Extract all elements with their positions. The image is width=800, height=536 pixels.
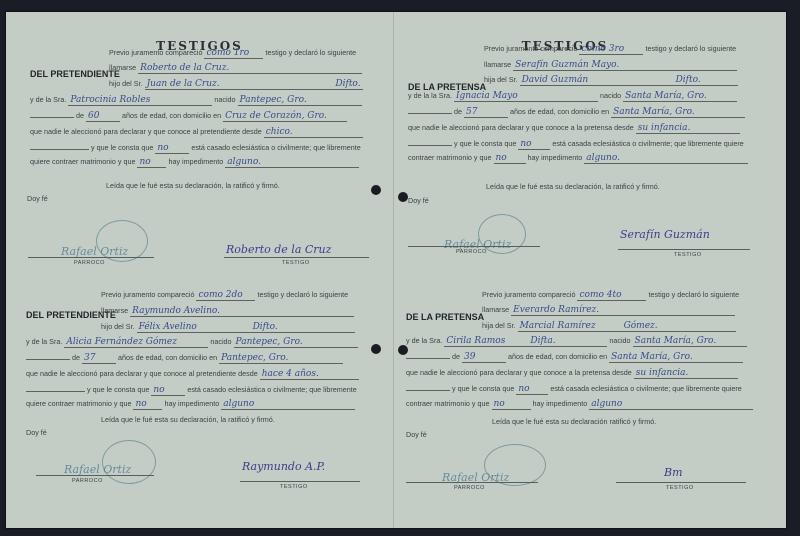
witness-order: como 1ro (204, 48, 263, 59)
leida-text: Leída que le fué esta su declaración rat… (492, 417, 656, 426)
birthplace: Santa María, Gro. (633, 336, 747, 347)
known-since: su infancia. (636, 123, 740, 134)
domicile: Cruz de Corazón, Gro. (223, 111, 347, 122)
right-page: TESTIGOS Previo juramento compareció com… (394, 12, 786, 528)
age: 57 (464, 107, 508, 118)
mother-name: Patrocinia Robles (68, 95, 212, 106)
label-nadie: que nadie le aleccionó para declarar y q… (26, 369, 258, 378)
testigo-label: TESTIGO (280, 484, 308, 490)
age: 39 (462, 352, 506, 363)
label-impedimento: hay impedimento (533, 399, 588, 408)
doy-fe: Doy fé (406, 430, 427, 439)
priest-signature-line (406, 482, 538, 483)
known-since: su infancia. (634, 368, 738, 379)
label-nadie: que nadie le aleccionó para declarar y q… (408, 123, 634, 132)
father-name: Marcial Ramírez (518, 321, 622, 332)
father-note: Difto. (251, 322, 355, 333)
testigo-label: TESTIGO (674, 252, 702, 258)
label-y-de-la: y de la Sra. (406, 336, 442, 345)
label-previo: Previo juramento compareció (484, 44, 577, 53)
label-consta: y que le consta que (454, 139, 516, 148)
label-llamarse: llamarse (482, 305, 509, 314)
priest-signature-line (28, 257, 154, 258)
label-y-de-la: y de la Sra. (26, 337, 62, 346)
witness-name: Serafín Guzmán Mayo. (513, 60, 737, 71)
role-label: DEL PRETENDIENTE (30, 69, 120, 79)
label-contraer: contraer matrimonio y que (408, 153, 492, 162)
leida-text: Leída que le fué esta su declaración, la… (101, 415, 275, 424)
parroco-label: PARROCO (456, 249, 487, 255)
witness-signature: Roberto de la Cruz (226, 243, 331, 256)
label-testigo-declaro: testigo y declaró lo siguiente (645, 44, 736, 53)
punch-hole (398, 345, 408, 355)
birthplace: Santa María, Gro. (623, 91, 737, 102)
label-de: de (72, 353, 80, 362)
father-note: Gómez. (622, 321, 736, 332)
label-impedimento: hay impedimento (168, 157, 223, 166)
role-label: DE LA PRETENSA (406, 312, 484, 322)
label-nacido: nacido (210, 337, 231, 346)
label-nacido: nacido (214, 95, 235, 104)
doy-fe: Doy fé (27, 194, 48, 203)
witness-order: como 4to (577, 290, 646, 301)
label-consta: y que le consta que (87, 385, 149, 394)
label-llamarse: llamarse (101, 306, 128, 315)
known-since: chico. (264, 127, 363, 138)
label-contraer: contraer matrimonio y que (406, 399, 490, 408)
impediment-value: alguno. (584, 153, 748, 164)
age: 37 (82, 353, 116, 364)
label-consta: y que le consta que (91, 143, 153, 152)
married-status: no (516, 384, 548, 395)
domicile: Santa María, Gro. (609, 352, 743, 363)
label-anos: años de edad, con domicilio en (510, 107, 609, 116)
punch-hole (398, 192, 408, 202)
doy-fe: Doy fé (408, 196, 429, 205)
testigo-label: TESTIGO (666, 485, 694, 491)
punch-hole (371, 344, 381, 354)
label-casado: está casado eclesiástica o civilmente; q… (191, 143, 360, 152)
mother-name: Alicia Fernández Gómez (64, 337, 208, 348)
witness-signature-line (618, 249, 750, 250)
married-status: no (155, 143, 189, 154)
impediment-no: no (137, 157, 166, 168)
witness-signature-line (616, 482, 746, 483)
label-casado: está casado eclesiástica o civilmente; q… (187, 385, 356, 394)
witness-signature: Serafín Guzmán (620, 228, 710, 241)
label-previo: Previo juramento compareció (482, 290, 575, 299)
label-previo: Previo juramento compareció (101, 290, 194, 299)
domicile: Santa María, Gro. (611, 107, 745, 118)
mother-name: Ignacia Mayo (454, 91, 598, 102)
testigo-label: TESTIGO (282, 260, 310, 266)
leida-text: Leída que le fué esta su declaración, la… (486, 182, 660, 191)
witness-name: Everardo Ramírez. (511, 305, 735, 316)
married-status: no (518, 139, 550, 150)
label-quiere: quiere contraer matrimonio y que (30, 157, 135, 166)
father-name: Juan de la Cruz. (145, 79, 259, 90)
mother-name: Cirila Ramos (444, 336, 528, 347)
label-de: de (76, 111, 84, 120)
witness-order: como 2do (196, 290, 255, 301)
parish-seal (102, 440, 156, 484)
label-nacido: nacido (600, 91, 621, 100)
label-llamarse: llamarse (484, 60, 511, 69)
priest-signature-line (36, 475, 154, 476)
label-impedimento: hay impedimento (164, 399, 219, 408)
label-testigo-declaro: testigo y declaró lo siguiente (648, 290, 739, 299)
witness-signature-line (240, 481, 360, 482)
label-anos: años de edad, con domicilio en (118, 353, 217, 362)
witness-name: Roberto de la Cruz. (138, 63, 362, 74)
label-de: de (454, 107, 462, 116)
label-impedimento: hay impedimento (528, 153, 583, 162)
label-y-de-la: y de la la Sra. (408, 91, 452, 100)
witness-name: Raymundo Avelino. (130, 306, 354, 317)
label-anos: años de edad, con domicilio en (508, 352, 607, 361)
parroco-label: PARROCO (74, 260, 105, 266)
priest-signature-line (408, 246, 540, 247)
witness-signature-line (224, 257, 369, 258)
father-note: Difto. (259, 79, 363, 90)
leida-text: Leída que le fué esta su declaración, la… (106, 181, 280, 190)
domicile: Pantepec, Gro. (219, 353, 343, 364)
birthplace: Pantepec, Gro. (234, 337, 358, 348)
label-llamarse: llamarse (109, 63, 136, 72)
impediment-no: no (492, 399, 531, 410)
label-y-de-la: y de la Sra. (30, 95, 66, 104)
parroco-label: PARROCO (454, 485, 485, 491)
label-nacido: nacido (609, 336, 630, 345)
impediment-value: alguno (221, 399, 355, 410)
witness-order: como 3ro (579, 44, 643, 55)
label-hijo-del: hijo del Sr. (101, 322, 135, 331)
label-hija-del: hija del Sr. (482, 321, 516, 330)
label-previo: Previo juramento compareció (109, 48, 202, 57)
father-name: Félix Avelino (137, 322, 251, 333)
father-name: David Guzmán (520, 75, 674, 86)
father-note: Difto. (674, 75, 738, 86)
label-hija-del: hija del Sr. (484, 75, 518, 84)
birthplace: Pantepec, Gro. (238, 95, 362, 106)
label-hijo-del: hijo del Sr. (109, 79, 143, 88)
label-testigo-declaro: testigo y declaró lo siguiente (265, 48, 356, 57)
impediment-no: no (494, 153, 526, 164)
label-de: de (452, 352, 460, 361)
label-anos: años de edad, con domicilio en (122, 111, 221, 120)
witness-signature: Bm (664, 466, 683, 479)
impediment-value: alguno. (225, 157, 359, 168)
parroco-label: PARROCO (72, 478, 103, 484)
impediment-no: no (133, 399, 162, 410)
impediment-value: alguno (589, 399, 753, 410)
label-casada: está casada eclesiástica o civilmente; q… (552, 139, 743, 148)
age: 60 (86, 111, 120, 122)
label-nadie: que nadie le aleccionó para declarar y q… (406, 368, 632, 377)
doy-fe: Doy fé (26, 428, 47, 437)
label-testigo-declaro: testigo y declaró lo siguiente (257, 290, 348, 299)
label-casada: está casada eclesiástica o civilmente; q… (550, 384, 741, 393)
married-status: no (151, 385, 185, 396)
known-since: hace 4 años. (260, 369, 359, 380)
mother-note: Difta. (528, 336, 607, 347)
label-consta: y que le consta que (452, 384, 514, 393)
witness-signature: Raymundo A.P. (242, 460, 325, 473)
left-page: TESTIGOS Previo juramento compareció com… (6, 12, 393, 528)
punch-hole (371, 185, 381, 195)
label-quiere: quiere contraer matrimonio y que (26, 399, 131, 408)
label-nadie: que nadie le aleccionó para declarar y q… (30, 127, 262, 136)
